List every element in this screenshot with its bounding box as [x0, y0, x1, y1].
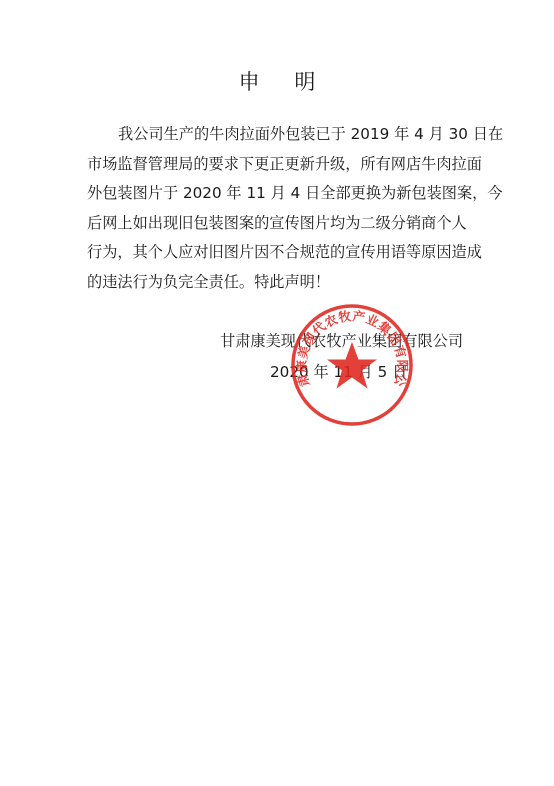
statement-line: 的违法行为负完全责任。特此声明！	[87, 268, 469, 298]
statement-line: 行为，其个人应对旧图片因不合规范的宣传用语等原因造成	[87, 238, 469, 268]
statement-line: 我公司生产的牛肉拉面外包装已于 2019 年 4 月 30 日在	[87, 120, 469, 150]
statement-line: 市场监督管理局的要求下更正更新升级，所有网店牛肉拉面	[87, 150, 469, 180]
statement-line: 后网上如出现旧包装图案的宣传图片均为二级分销商个人	[87, 209, 469, 239]
company-signature: 甘肃康美现代农牧产业集团有限公司	[220, 330, 463, 351]
document-title: 申 明	[0, 66, 554, 96]
statement-body: 我公司生产的牛肉拉面外包装已于 2019 年 4 月 30 日在 市场监督管理局…	[87, 120, 469, 297]
signature-date: 2020 年 11 月 5 日	[270, 361, 407, 382]
statement-line: 外包装图片于 2020 年 11 月 4 日全部更换为新包装图案，今	[87, 179, 469, 209]
